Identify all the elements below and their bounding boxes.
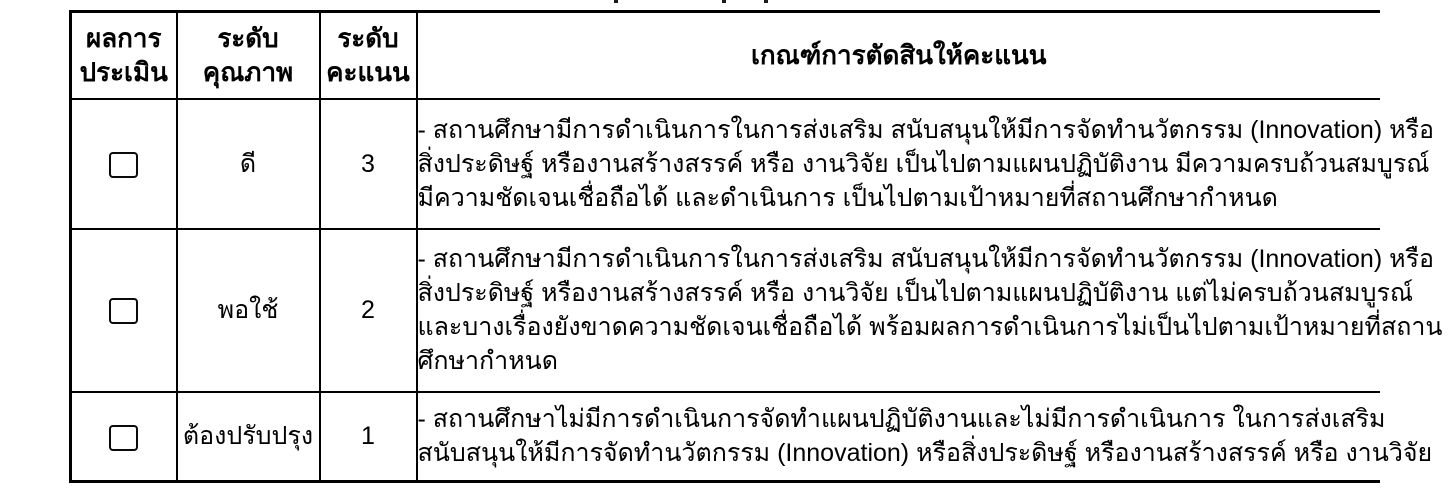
header-label-line: เกณฑ์การตัดสินให้คะแนน [418, 38, 1381, 72]
header-cell-evaluation-result: ผลการ ประเมิน [71, 12, 177, 99]
checkbox-unchecked-icon[interactable] [109, 425, 138, 451]
header-cell-quality-level: ระดับคุณภาพ [177, 12, 320, 99]
header-label-line: คะแนน [321, 55, 416, 89]
scoring-criteria-table-wrap: ผลการ ประเมิน ระดับคุณภาพ ระดับ คะแนน เก… [69, 10, 1380, 483]
header-label-line: ระดับคุณภาพ [178, 21, 319, 89]
criteria-text-line: - สถานศึกษามีการดำเนินการในการส่งเสริม ส… [418, 242, 1381, 276]
cell-quality-good: ดี [177, 99, 320, 229]
criteria-text-line: มีความชัดเจนเชื่อถือได้ และดำเนินการ เป็… [418, 181, 1381, 215]
criteria-text-line: และบางเรื่องยังขาดความชัดเจนเชื่อถือได้ … [418, 310, 1381, 344]
cell-score-fair: 2 [320, 229, 417, 392]
cell-score-improve: 1 [320, 392, 417, 482]
table-row-improve: ต้องปรับปรุง 1 - สถานศึกษาไม่มีการดำเนิน… [71, 392, 1381, 482]
header-label-line: ประเมิน [72, 55, 176, 89]
header-label-line: ผลการ [72, 21, 176, 55]
criteria-text-line: สิ่งประดิษฐ์ หรืองานสร้างสรรค์ หรือ งานว… [418, 147, 1381, 181]
cropped-text-fragment [764, 0, 768, 3]
cell-quality-improve: ต้องปรับปรุง [177, 392, 320, 482]
cropped-text-fragment [614, 0, 618, 3]
cell-criteria-good: - สถานศึกษามีการดำเนินการในการส่งเสริม ส… [417, 99, 1381, 229]
quality-label: พอใช้ [218, 296, 279, 324]
score-value: 3 [361, 150, 375, 178]
cell-quality-fair: พอใช้ [177, 229, 320, 392]
table-row-good: ดี 3 - สถานศึกษามีการดำเนินการในการส่งเส… [71, 99, 1381, 229]
criteria-text-line: ศึกษากำหนด [418, 344, 1381, 378]
scoring-criteria-table: ผลการ ประเมิน ระดับคุณภาพ ระดับ คะแนน เก… [69, 10, 1380, 483]
score-value: 1 [361, 422, 375, 450]
checkbox-unchecked-icon[interactable] [109, 152, 138, 178]
table-row-fair: พอใช้ 2 - สถานศึกษามีการดำเนินการในการส่… [71, 229, 1381, 392]
cell-criteria-fair: - สถานศึกษามีการดำเนินการในการส่งเสริม ส… [417, 229, 1381, 392]
criteria-text-line: สนับสนุนให้มีการจัดทำนวัตกรรม (Innovatio… [418, 436, 1381, 470]
cell-score-good: 3 [320, 99, 417, 229]
header-cell-scoring-criteria: เกณฑ์การตัดสินให้คะแนน [417, 12, 1381, 99]
criteria-text-line: สิ่งประดิษฐ์ หรืองานสร้างสรรค์ หรือ งานว… [418, 276, 1381, 310]
cell-checkbox-good [71, 99, 177, 229]
score-value: 2 [361, 296, 375, 324]
cropped-text-fragment [722, 0, 726, 3]
cell-checkbox-improve [71, 392, 177, 482]
cell-criteria-improve: - สถานศึกษาไม่มีการดำเนินการจัดทำแผนปฏิบ… [417, 392, 1381, 482]
header-label-line: ระดับ [321, 21, 416, 55]
table-header-row: ผลการ ประเมิน ระดับคุณภาพ ระดับ คะแนน เก… [71, 12, 1381, 99]
criteria-text-line: - สถานศึกษามีการดำเนินการในการส่งเสริม ส… [418, 113, 1381, 147]
header-cell-score-level: ระดับ คะแนน [320, 12, 417, 99]
quality-label: ดี [240, 150, 256, 178]
cell-checkbox-fair [71, 229, 177, 392]
page: ผลการ ประเมิน ระดับคุณภาพ ระดับ คะแนน เก… [0, 0, 1448, 495]
quality-label: ต้องปรับปรุง [183, 422, 313, 450]
checkbox-unchecked-icon[interactable] [109, 298, 138, 324]
criteria-text-line: - สถานศึกษาไม่มีการดำเนินการจัดทำแผนปฏิบ… [418, 402, 1381, 436]
